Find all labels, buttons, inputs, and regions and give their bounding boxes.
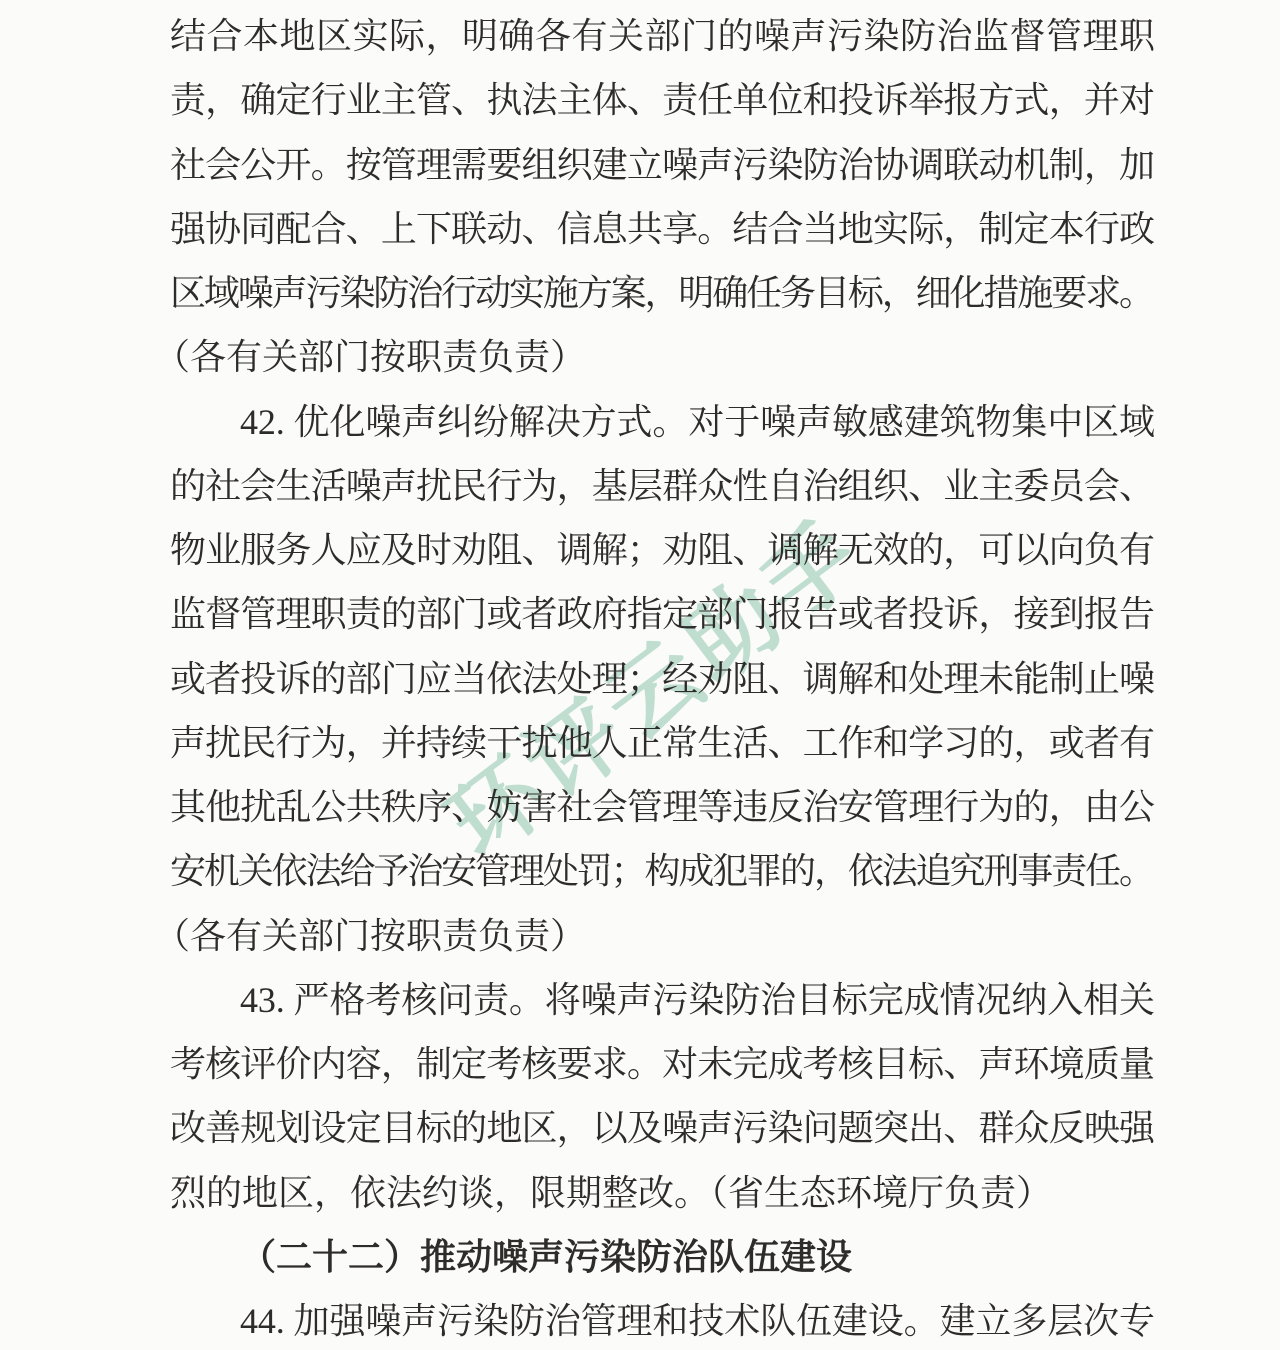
text-line: 的社会生活噪声扰民行为，基层群众性自治组织、业主委员会、 <box>170 454 1155 518</box>
line-text: 结合本地区实际，明确各有关部门的噪声污染防治监督管理职 <box>170 4 1155 68</box>
line-text: 区域噪声污染防治行动实施方案，明确任务目标，细化措施要求。 <box>170 261 1153 325</box>
line-text: 社会公开。按管理需要组织建立噪声污染防治协调联动机制，加 <box>170 133 1154 197</box>
text-line: 监督管理职责的部门或者政府指定部门报告或者投诉，接到报告 <box>170 582 1155 646</box>
text-line: 考核评价内容，制定考核要求。对未完成考核目标、声环境质量 <box>170 1032 1155 1096</box>
text-line: 安机关依法给予治安管理处罚；构成犯罪的，依法追究刑事责任。 <box>170 839 1155 903</box>
line-text: 烈的地区，依法约谈，限期整改。（省生态环境厅负责） <box>170 1161 1052 1225</box>
text-line: 声扰民行为，并持续干扰他人正常生活、工作和学习的，或者有 <box>170 711 1155 775</box>
text-line: 44. 加强噪声污染防治管理和技术队伍建设。建立多层次专 <box>170 1289 1155 1350</box>
text-line: 强协同配合、上下联动、信息共享。结合当地实际，制定本行政 <box>170 197 1155 261</box>
text-line: 43. 严格考核问责。将噪声污染防治目标完成情况纳入相关 <box>170 968 1155 1032</box>
document-text-block: 结合本地区实际，明确各有关部门的噪声污染防治监督管理职 责，确定行业主管、执法主… <box>170 4 1155 1350</box>
text-line: 物业服务人应及时劝阻、调解；劝阻、调解无效的，可以向负有 <box>170 518 1155 582</box>
section-heading: （二十二）推动噪声污染防治队伍建设 <box>170 1225 1155 1289</box>
line-text: 安机关依法给予治安管理处罚；构成犯罪的，依法追究刑事责任。 <box>170 839 1153 903</box>
line-text: 或者投诉的部门应当依法处理；经劝阻、调解和处理未能制止噪 <box>170 647 1154 711</box>
line-text: 的社会生活噪声扰民行为，基层群众性自治组织、业主委员会、 <box>170 454 1154 518</box>
text-line: 烈的地区，依法约谈，限期整改。（省生态环境厅负责） <box>170 1161 1155 1225</box>
text-line: 其他扰乱公共秩序、妨害社会管理等违反治安管理行为的，由公 <box>170 775 1155 839</box>
line-text: 声扰民行为，并持续干扰他人正常生活、工作和学习的，或者有 <box>170 711 1154 775</box>
text-line: 结合本地区实际，明确各有关部门的噪声污染防治监督管理职 <box>170 4 1155 68</box>
text-line: 区域噪声污染防治行动实施方案，明确任务目标，细化措施要求。 <box>170 261 1155 325</box>
text-line: 42. 优化噪声纠纷解决方式。对于噪声敏感建筑物集中区域 <box>170 390 1155 454</box>
text-line: （各有关部门按职责负责） <box>154 904 1155 968</box>
line-text: 监督管理职责的部门或者政府指定部门报告或者投诉，接到报告 <box>170 582 1154 646</box>
line-text: （各有关部门按职责负责） <box>154 904 586 968</box>
text-line: 改善规划设定目标的地区，以及噪声污染问题突出、群众反映强 <box>170 1096 1155 1160</box>
line-text: （各有关部门按职责负责） <box>154 325 586 389</box>
line-text: （二十二）推动噪声污染防治队伍建设 <box>240 1225 852 1289</box>
line-text: 考核评价内容，制定考核要求。对未完成考核目标、声环境质量 <box>170 1032 1154 1096</box>
text-line: 责，确定行业主管、执法主体、责任单位和投诉举报方式，并对 <box>170 68 1155 132</box>
line-text: 改善规划设定目标的地区，以及噪声污染问题突出、群众反映强 <box>170 1096 1154 1160</box>
line-text: 责，确定行业主管、执法主体、责任单位和投诉举报方式，并对 <box>170 68 1154 132</box>
line-text: 强协同配合、上下联动、信息共享。结合当地实际，制定本行政 <box>170 197 1154 261</box>
line-text: 物业服务人应及时劝阻、调解；劝阻、调解无效的，可以向负有 <box>170 518 1154 582</box>
line-text: 43. 严格考核问责。将噪声污染防治目标完成情况纳入相关 <box>240 968 1155 1032</box>
line-text: 其他扰乱公共秩序、妨害社会管理等违反治安管理行为的，由公 <box>170 775 1154 839</box>
line-text: 44. 加强噪声污染防治管理和技术队伍建设。建立多层次专 <box>240 1289 1155 1350</box>
text-line: 或者投诉的部门应当依法处理；经劝阻、调解和处理未能制止噪 <box>170 647 1155 711</box>
document-page: 环评云助手 结合本地区实际，明确各有关部门的噪声污染防治监督管理职 责，确定行业… <box>0 0 1280 1350</box>
text-line: 社会公开。按管理需要组织建立噪声污染防治协调联动机制，加 <box>170 133 1155 197</box>
text-line: （各有关部门按职责负责） <box>154 325 1155 389</box>
line-text: 42. 优化噪声纠纷解决方式。对于噪声敏感建筑物集中区域 <box>240 390 1155 454</box>
